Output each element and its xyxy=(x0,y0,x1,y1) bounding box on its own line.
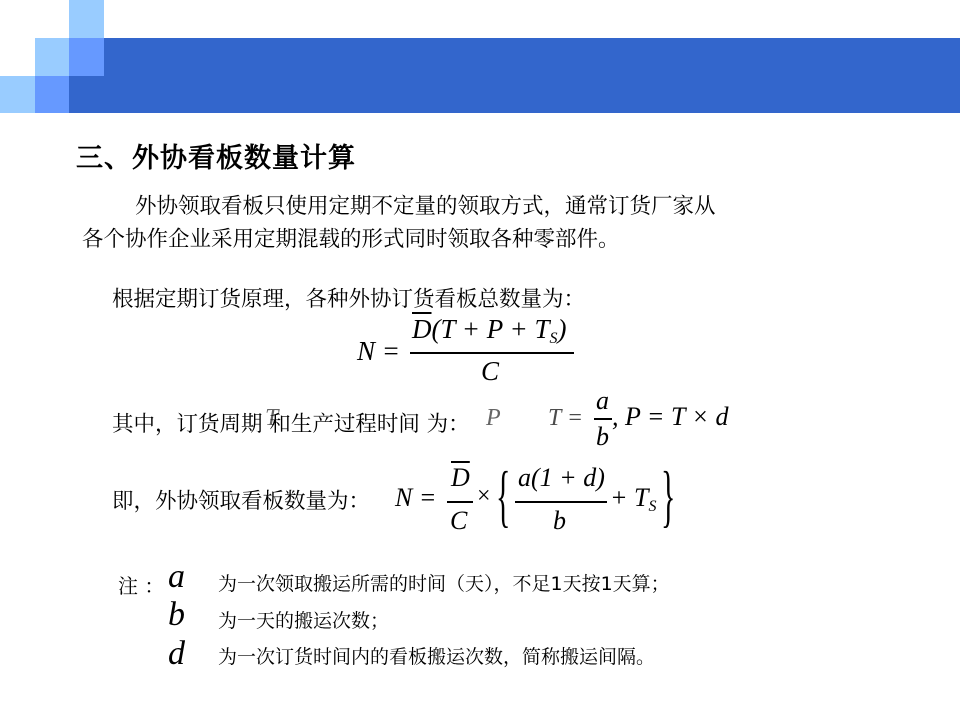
note-var-a: a xyxy=(168,558,185,596)
header-square-light xyxy=(35,38,69,76)
principle-text: 根据定期订货原理，各种外协订货看板总数量为： xyxy=(112,282,585,313)
formula3-right-brace: } xyxy=(661,459,675,537)
intro-line-2: 各个协作企业采用定期混载的形式同时领取各种零部件。 xyxy=(82,222,620,253)
formula2-lhs: T = xyxy=(548,405,583,432)
formula1-numerator: D(T + P + TS) xyxy=(412,314,566,348)
formula1-lhs: N = xyxy=(357,336,400,367)
header-square-light xyxy=(69,0,104,38)
formula1-d-bar: D xyxy=(412,314,432,344)
header-square-medium xyxy=(35,76,69,113)
note-var-b: b xyxy=(168,596,185,634)
formula3-frac2-den: b xyxy=(553,506,566,536)
note-text-d: 为一次订货时间内的看板搬运次数，简称搬运间隔。 xyxy=(218,642,655,669)
header-square-light xyxy=(0,76,35,113)
formula1-fraction-line xyxy=(410,352,574,354)
where-var-P: P xyxy=(486,405,501,432)
formula3-lhs: N = xyxy=(395,483,436,513)
formula2-den: b xyxy=(596,422,609,452)
formula3-frac1-den: C xyxy=(450,506,467,536)
where-text: 其中，订货周期 和生产过程时间 为： xyxy=(112,407,470,438)
note-var-d: d xyxy=(168,635,185,673)
header-bar xyxy=(104,38,960,113)
formula3-left-brace: { xyxy=(496,459,510,537)
note-text-b: 为一天的搬运次数； xyxy=(218,606,389,633)
note-text-a: 为一次领取搬运所需的时间（天），不足1天按1天算； xyxy=(218,569,670,596)
formula2-num: a xyxy=(596,386,609,416)
formula2-rest: , P = T × d xyxy=(612,402,729,432)
formula3-frac2-line xyxy=(515,501,607,503)
formula2-fraction-line xyxy=(594,418,612,420)
formula3-times: × xyxy=(477,483,491,510)
formula3-frac2-num: a(1 + d) xyxy=(518,463,605,493)
header-square-medium xyxy=(69,38,104,76)
intro-line-1: 外协领取看板只使用定期不定量的领取方式，通常订货厂家从 xyxy=(135,189,716,220)
result-text: 即，外协领取看板数量为： xyxy=(112,484,370,515)
notes-label: 注 ： xyxy=(118,570,164,599)
where-var-T: T xyxy=(265,405,278,432)
slide-title: 三、外协看板数量计算 xyxy=(76,136,356,175)
formula1-denominator: C xyxy=(481,356,499,387)
header-bar-step xyxy=(69,76,104,113)
formula3-frac1-line xyxy=(447,501,473,503)
formula3-plus-ts: + TS xyxy=(610,483,657,516)
formula3-frac1-num: D xyxy=(451,463,470,493)
